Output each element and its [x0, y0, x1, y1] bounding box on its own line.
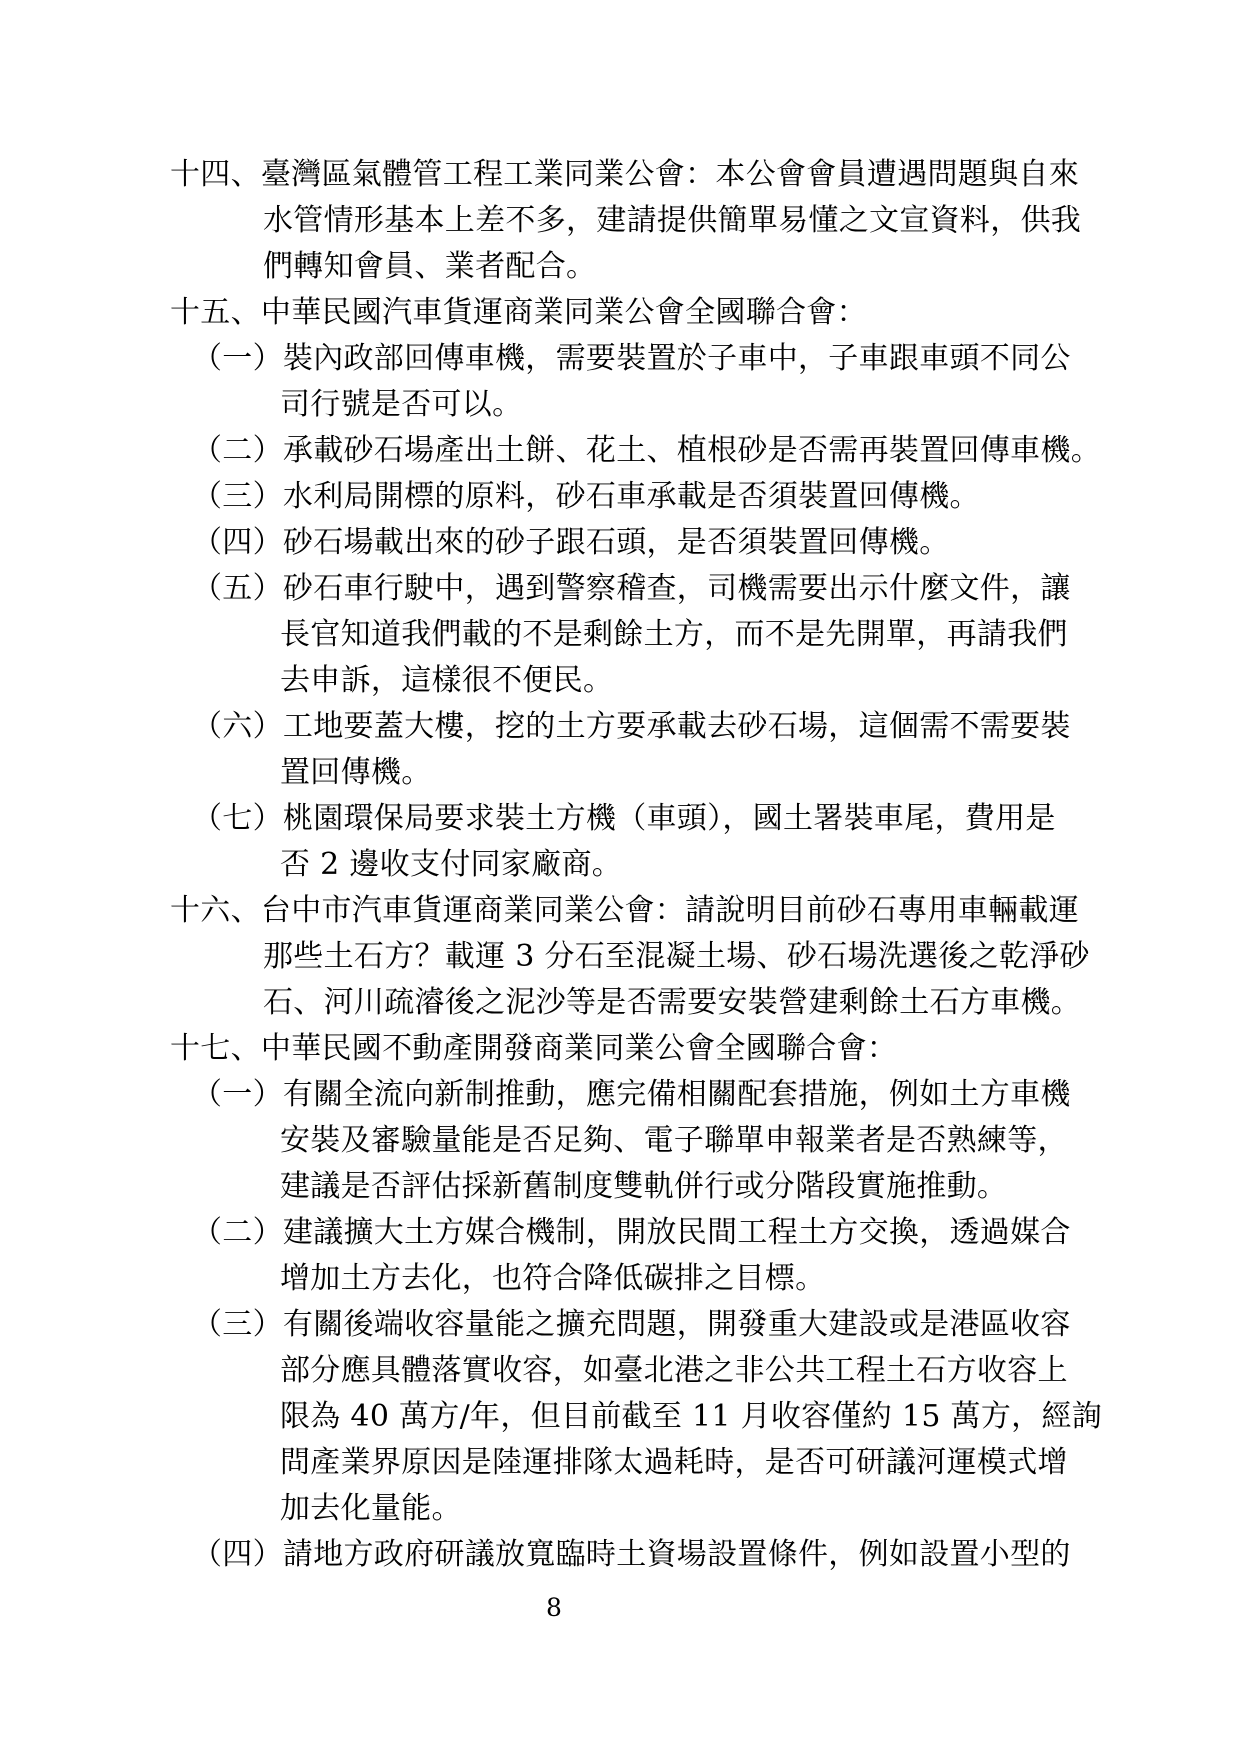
document-line: （六）工地要蓋大樓，挖的土方要承載去砂石場，這個需不需要裝 [192, 704, 1241, 750]
document-line: （四）請地方政府研議放寬臨時土資場設置條件，例如設置小型的 [192, 1532, 1241, 1578]
document-line: 問產業界原因是陸運排隊太過耗時，是否可研議河運模式增 [280, 1440, 1241, 1486]
document-line: 十七、中華民國不動產開發商業同業公會全國聯合會： [170, 1026, 1241, 1072]
document-line: （二）建議擴大土方媒合機制，開放民間工程土方交換，透過媒合 [192, 1210, 1241, 1256]
document-line: 那些土石方？載運 3 分石至混凝土場、砂石場洗選後之乾淨砂 [263, 934, 1241, 980]
document-line: 部分應具體落實收容，如臺北港之非公共工程土石方收容上 [280, 1348, 1241, 1394]
document-line: 增加土方去化，也符合降低碳排之目標。 [280, 1256, 1241, 1302]
document-line: 十六、台中市汽車貨運商業同業公會：請說明目前砂石專用車輛載運 [170, 888, 1241, 934]
document-line: 建議是否評估採新舊制度雙軌併行或分階段實施推動。 [280, 1164, 1241, 1210]
document-line: 去申訴，這樣很不便民。 [280, 658, 1241, 704]
document-page: { "document": { "page_number": "8", "lin… [0, 0, 1241, 1755]
document-line: （一）有關全流向新制推動，應完備相關配套措施，例如土方車機 [192, 1072, 1241, 1118]
document-line: 長官知道我們載的不是剩餘土方，而不是先開單，再請我們 [280, 612, 1241, 658]
document-line: 加去化量能。 [280, 1486, 1241, 1532]
document-line: （四）砂石場載出來的砂子跟石頭，是否須裝置回傳機。 [192, 520, 1241, 566]
document-line: （二）承載砂石場產出土餅、花土、植根砂是否需再裝置回傳車機。 [192, 428, 1241, 474]
document-line: 置回傳機。 [280, 750, 1241, 796]
document-line: 們轉知會員、業者配合。 [263, 244, 1241, 290]
document-line: 司行號是否可以。 [280, 382, 1241, 428]
document-body: 十四、臺灣區氣體管工程工業同業公會：本公會會員遭遇問題與自來 水管情形基本上差不… [0, 152, 1241, 1578]
document-line: （三）有關後端收容量能之擴充問題，開發重大建設或是港區收容 [192, 1302, 1241, 1348]
document-line: 水管情形基本上差不多，建請提供簡單易懂之文宣資料，供我 [263, 198, 1241, 244]
page-number: 8 [546, 1592, 562, 1624]
document-line: 石、河川疏濬後之泥沙等是否需要安裝營建剩餘土石方車機。 [263, 980, 1241, 1026]
document-line: 限為 40 萬方/年，但目前截至 11 月收容僅約 15 萬方，經詢 [280, 1394, 1241, 1440]
document-line: 否 2 邊收支付同家廠商。 [280, 842, 1241, 888]
document-line: 十四、臺灣區氣體管工程工業同業公會：本公會會員遭遇問題與自來 [170, 152, 1241, 198]
document-line: 安裝及審驗量能是否足夠、電子聯單申報業者是否熟練等， [280, 1118, 1241, 1164]
document-line: 十五、中華民國汽車貨運商業同業公會全國聯合會： [170, 290, 1241, 336]
document-line: （七）桃園環保局要求裝土方機（車頭），國土署裝車尾，費用是 [192, 796, 1241, 842]
document-line: （三）水利局開標的原料，砂石車承載是否須裝置回傳機。 [192, 474, 1241, 520]
document-line: （五）砂石車行駛中，遇到警察稽查，司機需要出示什麼文件，讓 [192, 566, 1241, 612]
document-line: （一）裝內政部回傳車機，需要裝置於子車中，子車跟車頭不同公 [192, 336, 1241, 382]
